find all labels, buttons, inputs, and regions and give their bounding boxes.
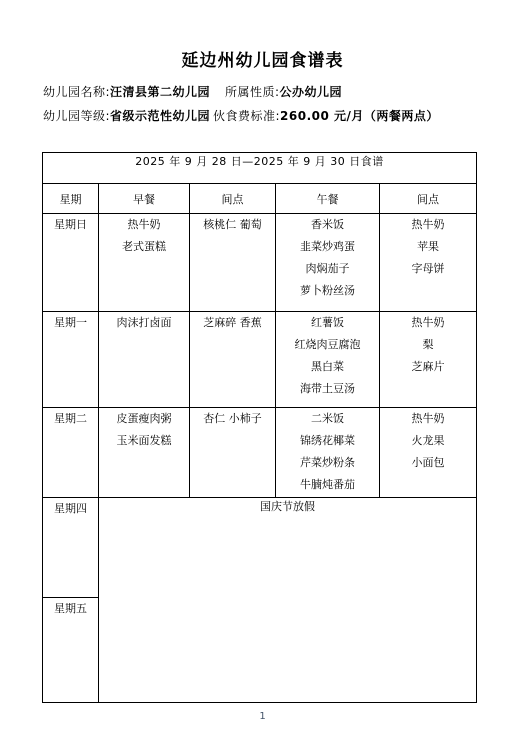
info-ownership-nature-value: 公办幼儿园: [280, 85, 343, 99]
day-label: 星期日: [43, 214, 98, 236]
menu-table: 2025 年 9 月 28 日—2025 年 9 月 30 日食谱 星期 早餐 …: [42, 152, 477, 703]
info-kindergarten-grade: 幼儿园等级:省级示范性幼儿园: [43, 107, 210, 124]
menu-item: 红薯饭: [276, 312, 379, 334]
lunch-cell: 二米饭 锦绣花椰菜 芹菜炒粉条 牛腩炖番茄: [276, 408, 380, 498]
info-meal-fee-value: 260.00 元/月（两餐两点）: [280, 109, 439, 123]
column-header-snack-pm: 间点: [380, 184, 477, 214]
menu-item: 热牛奶: [380, 408, 476, 430]
table-row-sunday: 星期日 热牛奶 老式蛋糕 核桃仁 葡萄 香米饭 韭菜炒鸡蛋 肉焖茄子 萝卜粉丝汤…: [43, 214, 477, 312]
snack-pm-cell: 热牛奶 梨 芝麻片: [380, 312, 477, 408]
lunch-cell: 红薯饭 红烧肉豆腐泡 黑白菜 海带土豆汤: [276, 312, 380, 408]
table-row-thursday: 星期四 国庆节放假: [43, 498, 477, 598]
date-header-row: 2025 年 9 月 28 日—2025 年 9 月 30 日食谱: [43, 153, 477, 184]
menu-item: 海带土豆汤: [276, 378, 379, 400]
menu-item: 核桃仁 葡萄: [190, 214, 275, 236]
column-header-weekday: 星期: [43, 184, 99, 214]
menu-item: 皮蛋瘦肉粥: [99, 408, 189, 430]
menu-item: 黑白菜: [276, 356, 379, 378]
menu-item: 香米饭: [276, 214, 379, 236]
info-kindergarten-name-label: 幼儿园名称:: [43, 85, 110, 99]
menu-item: 梨: [380, 334, 476, 356]
document-page: 延边州幼儿园食谱表 幼儿园名称:汪清县第二幼儿园 所属性质:公办幼儿园 幼儿园等…: [0, 0, 525, 740]
column-header-breakfast: 早餐: [99, 184, 190, 214]
info-ownership-nature-label: 所属性质:: [225, 85, 280, 99]
info-meal-fee-label: 伙食费标准:: [213, 109, 280, 123]
snack-am-cell: 杏仁 小柿子: [190, 408, 276, 498]
lunch-cell: 香米饭 韭菜炒鸡蛋 肉焖茄子 萝卜粉丝汤: [276, 214, 380, 312]
menu-item: 热牛奶: [380, 214, 476, 236]
snack-am-cell: 核桃仁 葡萄: [190, 214, 276, 312]
menu-item: 芹菜炒粉条: [276, 452, 379, 474]
menu-item: 肉焖茄子: [276, 258, 379, 280]
holiday-cell: 国庆节放假: [99, 498, 477, 703]
date-range-header: 2025 年 9 月 28 日—2025 年 9 月 30 日食谱: [43, 153, 477, 184]
info-kindergarten-grade-value: 省级示范性幼儿园: [110, 109, 210, 123]
menu-item: 牛腩炖番茄: [276, 474, 379, 496]
menu-item: 杏仁 小柿子: [190, 408, 275, 430]
snack-am-cell: 芝麻碎 香蕉: [190, 312, 276, 408]
menu-item: 热牛奶: [380, 312, 476, 334]
table-row-monday: 星期一 肉沫打卤面 芝麻碎 香蕉 红薯饭 红烧肉豆腐泡 黑白菜 海带土豆汤 热牛…: [43, 312, 477, 408]
info-ownership-nature: 所属性质:公办幼儿园: [225, 83, 342, 100]
day-label: 星期二: [43, 408, 98, 430]
column-header-row: 星期 早餐 间点 午餐 间点: [43, 184, 477, 214]
day-cell: 星期一: [43, 312, 99, 408]
menu-item: 肉沫打卤面: [99, 312, 189, 334]
menu-item: 苹果: [380, 236, 476, 258]
column-header-lunch: 午餐: [276, 184, 380, 214]
menu-item: 韭菜炒鸡蛋: [276, 236, 379, 258]
day-cell: 星期四: [43, 498, 99, 598]
breakfast-cell: 肉沫打卤面: [99, 312, 190, 408]
info-meal-fee: 伙食费标准:260.00 元/月（两餐两点）: [213, 107, 439, 124]
breakfast-cell: 热牛奶 老式蛋糕: [99, 214, 190, 312]
day-cell: 星期日: [43, 214, 99, 312]
day-label: 星期五: [43, 598, 98, 620]
menu-item: 热牛奶: [99, 214, 189, 236]
menu-item: 芝麻碎 香蕉: [190, 312, 275, 334]
menu-item: 二米饭: [276, 408, 379, 430]
table-row-tuesday: 星期二 皮蛋瘦肉粥 玉米面发糕 杏仁 小柿子 二米饭 锦绣花椰菜 芹菜炒粉条 牛…: [43, 408, 477, 498]
menu-item: 锦绣花椰菜: [276, 430, 379, 452]
breakfast-cell: 皮蛋瘦肉粥 玉米面发糕: [99, 408, 190, 498]
page-title: 延边州幼儿园食谱表: [0, 46, 525, 71]
snack-pm-cell: 热牛奶 火龙果 小面包: [380, 408, 477, 498]
page-number: 1: [0, 711, 525, 722]
menu-item: 玉米面发糕: [99, 430, 189, 452]
day-label: 星期四: [43, 498, 98, 520]
menu-item: 红烧肉豆腐泡: [276, 334, 379, 356]
menu-item: 老式蛋糕: [99, 236, 189, 258]
day-label: 星期一: [43, 312, 98, 334]
day-cell: 星期五: [43, 598, 99, 703]
menu-item: 字母饼: [380, 258, 476, 280]
column-header-snack-am: 间点: [190, 184, 276, 214]
info-kindergarten-name: 幼儿园名称:汪清县第二幼儿园: [43, 83, 210, 100]
holiday-label: 国庆节放假: [260, 500, 315, 513]
info-kindergarten-name-value: 汪清县第二幼儿园: [110, 85, 210, 99]
menu-item: 萝卜粉丝汤: [276, 280, 379, 302]
menu-item: 芝麻片: [380, 356, 476, 378]
menu-item: 小面包: [380, 452, 476, 474]
day-cell: 星期二: [43, 408, 99, 498]
menu-item: 火龙果: [380, 430, 476, 452]
info-kindergarten-grade-label: 幼儿园等级:: [43, 109, 110, 123]
snack-pm-cell: 热牛奶 苹果 字母饼: [380, 214, 477, 312]
